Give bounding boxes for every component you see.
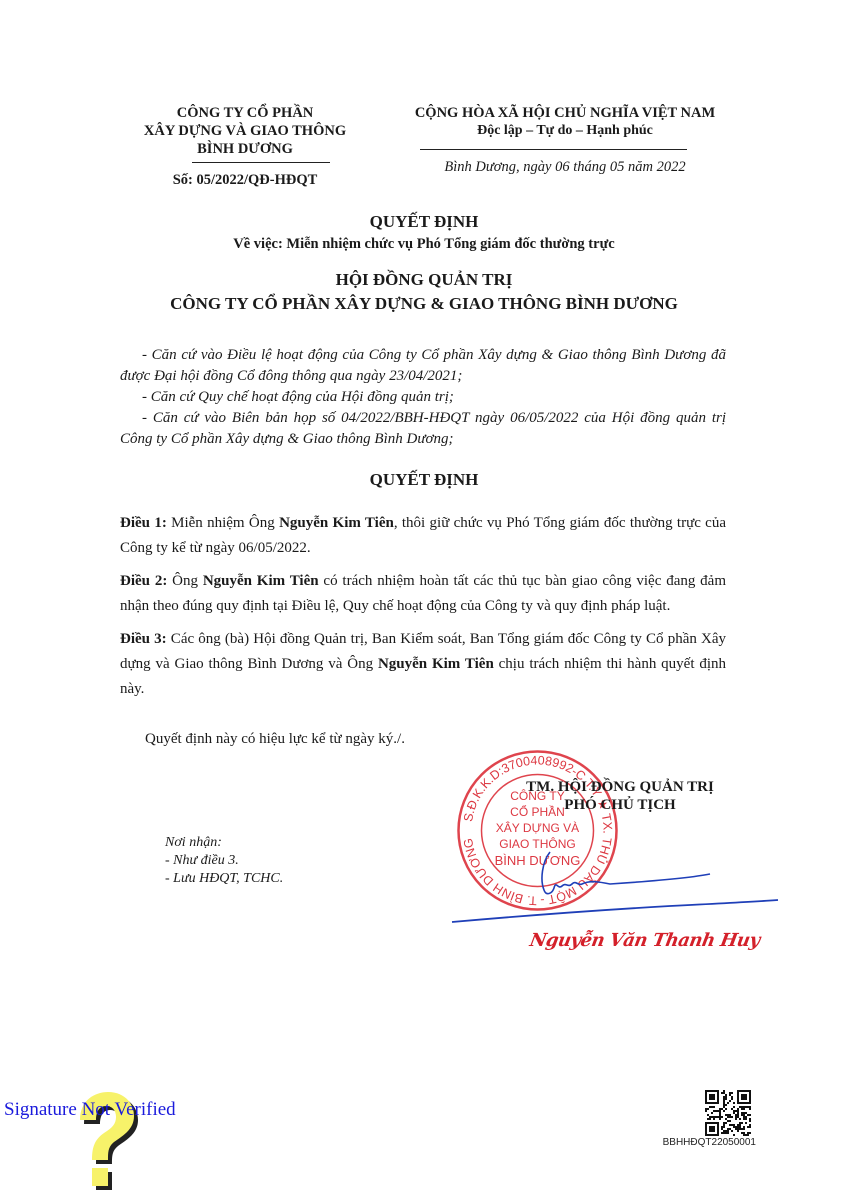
effective-clause: Quyết định này có hiệu lực kể từ ngày ký… (145, 731, 405, 748)
article-text: Ông (167, 573, 202, 589)
person-name: Nguyễn Kim Tiên (378, 656, 494, 672)
on-behalf-of: TM. HỘI ĐỒNG QUẢN TRỊ (470, 778, 770, 796)
article-1: Điều 1: Miễn nhiệm Ông Nguyễn Kim Tiên, … (120, 511, 726, 561)
recipient-item: - Như điều 3. (165, 852, 283, 870)
country-name: CỘNG HÒA XÃ HỘI CHỦ NGHĨA VIỆT NAM (385, 104, 745, 122)
signature-title-block: TM. HỘI ĐỒNG QUẢN TRỊ PHÓ CHỦ TỊCH (470, 778, 770, 814)
article-3: Điều 3: Các ông (bà) Hội đồng Quản trị, … (120, 627, 726, 702)
signature-status[interactable]: Signature Not Verified (4, 1099, 176, 1121)
legal-basis-item: - Căn cứ Quy chế hoạt động của Hội đồng … (120, 387, 726, 408)
signer-position: PHÓ CHỦ TỊCH (470, 796, 770, 814)
person-name: Nguyễn Kim Tiên (279, 515, 394, 531)
issuer-line-1: HỘI ĐỒNG QUẢN TRỊ (0, 270, 848, 290)
person-name: Nguyễn Kim Tiên (203, 573, 319, 589)
company-name-line: BÌNH DƯƠNG (130, 140, 360, 158)
article-text: Miễn nhiệm Ông (167, 515, 279, 531)
svg-text:XÂY DỰNG VÀ: XÂY DỰNG VÀ (496, 820, 579, 835)
place-date-line: Bình Dương, ngày 06 tháng 05 năm 2022 (385, 159, 745, 176)
header-right-divider (420, 149, 687, 150)
national-motto: Độc lập – Tự do – Hạnh phúc (385, 122, 745, 140)
articles-section: Điều 1: Miễn nhiệm Ông Nguyễn Kim Tiên, … (120, 511, 726, 710)
document-subject: Về việc: Miễn nhiệm chức vụ Phó Tổng giá… (0, 236, 848, 253)
recipients-block: Nơi nhận: - Như điều 3. - Lưu HĐQT, TCHC… (165, 834, 283, 888)
signer-name: Nguyễn Văn Thanh Huy (528, 930, 761, 951)
legal-basis-item: - Căn cứ vào Điều lệ hoạt động của Công … (120, 345, 726, 387)
handwritten-signature-icon (440, 840, 780, 930)
recipient-item: - Lưu HĐQT, TCHC. (165, 870, 283, 888)
decision-heading: QUYẾT ĐỊNH (0, 470, 848, 490)
header-left-divider (192, 162, 330, 163)
document-title: QUYẾT ĐỊNH (0, 212, 848, 232)
company-name-line: XÂY DỰNG VÀ GIAO THÔNG (130, 122, 360, 140)
legal-basis-section: - Căn cứ vào Điều lệ hoạt động của Công … (120, 345, 726, 450)
legal-basis-item: - Căn cứ vào Biên bản họp số 04/2022/BBH… (120, 408, 726, 450)
recipients-heading: Nơi nhận: (165, 834, 283, 852)
qr-code-icon (705, 1090, 751, 1136)
company-name-block: CÔNG TY CỔ PHẦN XÂY DỰNG VÀ GIAO THÔNG B… (130, 104, 360, 158)
national-header-block: CỘNG HÒA XÃ HỘI CHỦ NGHĨA VIỆT NAM Độc l… (385, 104, 745, 140)
document-number: Số: 05/2022/QĐ-HĐQT (130, 172, 360, 189)
issuer-line-2: CÔNG TY CỔ PHẦN XÂY DỰNG & GIAO THÔNG BÌ… (0, 294, 848, 314)
qr-code-label: BBHHĐQT22050001 (650, 1137, 756, 1148)
article-label: Điều 2: (120, 573, 167, 589)
article-2: Điều 2: Ông Nguyễn Kim Tiên có trách nhi… (120, 569, 726, 619)
article-label: Điều 1: (120, 515, 167, 531)
company-name-line: CÔNG TY CỔ PHẦN (130, 104, 360, 122)
article-label: Điều 3: (120, 631, 167, 647)
